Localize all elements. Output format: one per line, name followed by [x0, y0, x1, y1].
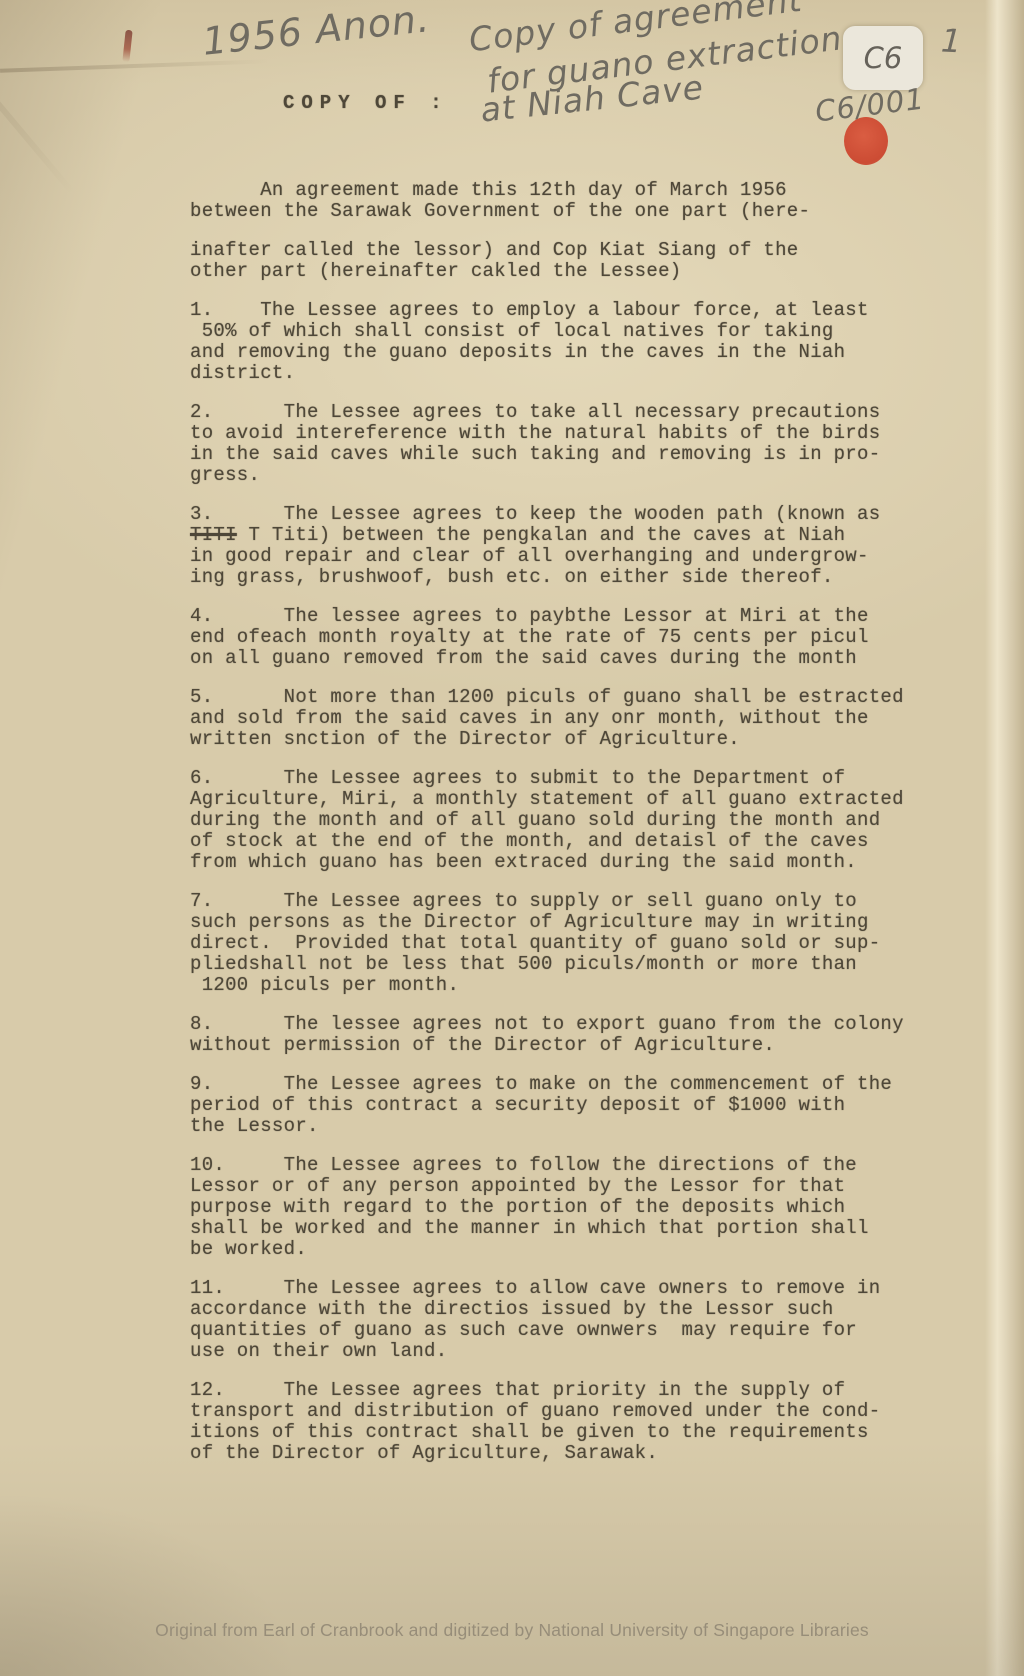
red-dot-sticker: [844, 117, 888, 165]
text-line: district.: [190, 363, 970, 384]
struck-through-text: TITI: [190, 524, 237, 546]
text-line: and removing the guano deposits in the c…: [190, 342, 970, 363]
paragraph: 4. The lessee agrees to paybthe Lessor a…: [190, 606, 970, 669]
paragraph: 3. The Lessee agrees to keep the wooden …: [190, 504, 970, 588]
paragraph: 5. Not more than 1200 piculs of guano sh…: [190, 687, 970, 750]
text-line: Lessor or of any person appointed by the…: [190, 1176, 970, 1197]
text-line: itions of this contract shall be given t…: [190, 1422, 970, 1443]
paragraph: 2. The Lessee agrees to take all necessa…: [190, 402, 970, 486]
paragraph: 11. The Lessee agrees to allow cave owne…: [190, 1278, 970, 1362]
text-line: end ofeach month royalty at the rate of …: [190, 627, 970, 648]
text-line: 2. The Lessee agrees to take all necessa…: [190, 402, 970, 423]
text-line: gress.: [190, 465, 970, 486]
text-line: 7. The Lessee agrees to supply or sell g…: [190, 891, 970, 912]
paper-crease: [0, 59, 270, 72]
text-line: on all guano removed from the said caves…: [190, 648, 970, 669]
copy-of-heading: COPY OF :: [283, 92, 449, 114]
sticker-label-text: C6: [864, 41, 903, 75]
typed-paragraphs: An agreement made this 12th day of March…: [190, 180, 970, 1464]
text-line: during the month and of all guano sold d…: [190, 810, 970, 831]
paragraph: 12. The Lessee agrees that priority in t…: [190, 1380, 970, 1464]
text-line: other part (hereinafter cakled the Lesse…: [190, 261, 970, 282]
text-line: 8. The lessee agrees not to export guano…: [190, 1014, 970, 1035]
text-line: Agriculture, Miri, a monthly statement o…: [190, 789, 970, 810]
paragraph: 6. The Lessee agrees to submit to the De…: [190, 768, 970, 873]
text-line: 50% of which shall consist of local nati…: [190, 321, 970, 342]
text-line: accordance with the directios issued by …: [190, 1299, 970, 1320]
paragraph: 1. The Lessee agrees to employ a labour …: [190, 300, 970, 384]
text-line: 11. The Lessee agrees to allow cave owne…: [190, 1278, 970, 1299]
text-line: written snction of the Director of Agric…: [190, 729, 970, 750]
text-line: to avoid intereference with the natural …: [190, 423, 970, 444]
text-line: 4. The lessee agrees to paybthe Lessor a…: [190, 606, 970, 627]
text-line: between the Sarawak Government of the on…: [190, 201, 970, 222]
text-line: transport and distribution of guano remo…: [190, 1401, 970, 1422]
text-line: of the Director of Agriculture, Sarawak.: [190, 1443, 970, 1464]
paragraph: An agreement made this 12th day of March…: [190, 180, 970, 222]
text-line: purpose with regard to the portion of th…: [190, 1197, 970, 1218]
text-line: use on their own land.: [190, 1341, 970, 1362]
text-line: the Lessor.: [190, 1116, 970, 1137]
edge-tear-mark: [122, 30, 132, 63]
text-line: 3. The Lessee agrees to keep the wooden …: [190, 504, 970, 525]
text-line: such persons as the Director of Agricult…: [190, 912, 970, 933]
text-line: 5. Not more than 1200 piculs of guano sh…: [190, 687, 970, 708]
text-line: from which guano has been extraced durin…: [190, 852, 970, 873]
paper-fold-crease: [0, 0, 75, 195]
handwritten-corner-mark: 1: [940, 21, 963, 60]
text-line: without permission of the Director of Ag…: [190, 1035, 970, 1056]
digitization-credit: Original from Earl of Cranbrook and digi…: [0, 1620, 1024, 1641]
text-line: direct. Provided that total quantity of …: [190, 933, 970, 954]
text-line: 9. The Lessee agrees to make on the comm…: [190, 1074, 970, 1095]
text-line: inafter called the lessor) and Cop Kiat …: [190, 240, 970, 261]
paragraph: 7. The Lessee agrees to supply or sell g…: [190, 891, 970, 996]
text-line: period of this contract a security depos…: [190, 1095, 970, 1116]
paragraph: inafter called the lessor) and Cop Kiat …: [190, 240, 970, 282]
text-line: An agreement made this 12th day of March…: [190, 180, 970, 201]
text-line: in the said caves while such taking and …: [190, 444, 970, 465]
text-line: 1200 piculs per month.: [190, 975, 970, 996]
label-sticker: C6: [843, 26, 923, 90]
text-line: TITI T Titi) between the pengkalan and t…: [190, 525, 970, 546]
text-line: be worked.: [190, 1239, 970, 1260]
handwritten-year-author: 1956 Anon.: [200, 0, 432, 64]
text-line: of stock at the end of the month, and de…: [190, 831, 970, 852]
text-line: and sold from the said caves in any onr …: [190, 708, 970, 729]
paragraph: 10. The Lessee agrees to follow the dire…: [190, 1155, 970, 1260]
paragraph: 9. The Lessee agrees to make on the comm…: [190, 1074, 970, 1137]
text-line: 12. The Lessee agrees that priority in t…: [190, 1380, 970, 1401]
paragraph: 8. The lessee agrees not to export guano…: [190, 1014, 970, 1056]
scanned-document-page: 1956 Anon. Copy of agreement for guano e…: [0, 0, 1024, 1676]
text-line: ing grass, brushwoof, bush etc. on eithe…: [190, 567, 970, 588]
text-line: 6. The Lessee agrees to submit to the De…: [190, 768, 970, 789]
text-line: quantities of guano as such cave ownwers…: [190, 1320, 970, 1341]
text-line: pliedshall not be less that 500 piculs/m…: [190, 954, 970, 975]
text-line: in good repair and clear of all overhang…: [190, 546, 970, 567]
text-line: shall be worked and the manner in which …: [190, 1218, 970, 1239]
text-line: 1. The Lessee agrees to employ a labour …: [190, 300, 970, 321]
text-line: 10. The Lessee agrees to follow the dire…: [190, 1155, 970, 1176]
